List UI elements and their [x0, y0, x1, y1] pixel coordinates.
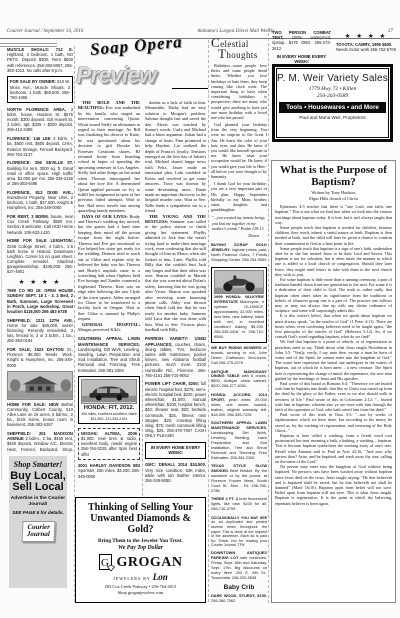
article-paragraph: No person may enter into the kingdom of …: [275, 464, 392, 506]
shop-local-title: Shop Smarter!: [9, 461, 67, 469]
weir-address: 1779 Hwy 72 • Killen: [277, 86, 388, 92]
shop-local-sub: Advertise in the Courier Journal!: [9, 496, 67, 508]
article-paragraph: We find that baptism is a point of rebir…: [275, 339, 392, 381]
article-byline: Written by Tony Hudson, Elgin Hills chur…: [275, 190, 392, 201]
grogan-jewelers-ad: Thinking of Selling Your Unwanted Diamon…: [75, 497, 206, 603]
classified-ad-leighton: HOME FOR SALE LEIGHTON: 2245 College Str…: [7, 238, 73, 274]
ad-gmc-denali: GMC: DENALI, 2014 $34,500. Very nice con…: [145, 462, 206, 483]
soap-days-of-our-lives: DAYS OF OUR LIVES: Brady and Theresa's w…: [78, 214, 140, 322]
ad-harley-davidson: 2001 HARLEY DAVIDSON 883 Sportster, 25K …: [78, 463, 140, 479]
shop-local-headline: Buy Local, Sell Local: [9, 471, 67, 493]
ad-riding-mowers: WE BUY RIDING MOWERS all brands, running…: [211, 346, 267, 366]
article-paragraph: Baptism is here called a washing, from a…: [275, 433, 392, 464]
ad-baby-crib-title: Baby Crib: [211, 584, 267, 592]
ad-nissan-altima: NISSAN: ALTIMA, 2006 $1,000. new tires &…: [78, 428, 140, 460]
classified-ad-florence-dixie: FLORENCE, 813 DIXIE AVE., Investment Pro…: [7, 190, 73, 211]
classified-ad-new-bethel: HOME FOR SALE: NEW Bethel Community, Col…: [7, 371, 73, 427]
stars-decoration: ★ ★ ★ ★: [336, 32, 396, 40]
weir-phone: 256-263-0589: [277, 93, 388, 99]
courier-journal-logo: Courier Journal: [21, 521, 55, 542]
car-photo: [81, 379, 137, 403]
celestial-thoughts-logo: Celestial Thoughts: [211, 36, 267, 60]
article-paragraph: It is this writer's belief, that when we…: [275, 313, 392, 339]
celestial-paragraph: I thank God for your birthday; you are a…: [211, 181, 267, 212]
ad-buying-scrap-gold: BUYING SCRAP GOLD JEWELRY. highest price…: [211, 243, 267, 263]
grogan-byline: JEWELERS BY: [113, 576, 151, 581]
ad-antique-table: ANTIQUE MAHOGANY DINING TABLE with 6 cha…: [211, 370, 267, 390]
column-separator: [142, 350, 143, 496]
weir-title: P. M. Weir Variety Sales: [277, 73, 388, 84]
soap-opera-wordmark: Soap Opera: [89, 32, 183, 60]
in-every-home-banner: IN EVERY HOME EVERY WEEK!: [145, 442, 206, 459]
article-paragraph: Ephesians 4:5 teaches that there is "one…: [275, 204, 392, 225]
celestial-paragraph: God planned your birthday from the very …: [211, 122, 267, 179]
ad-toyota-camry: ★ ★ ★ ★ TOYOTA: CAMRY, 1995 $600. Needs …: [336, 30, 396, 56]
classified-ad-muscle-shoals: MUSCLE SHOALS: 712 E. Highland, 3 bedroo…: [7, 47, 73, 73]
soap-young-restless: THE YOUNG AND THE RESTLESS: Summer was c…: [145, 214, 206, 333]
newspaper-page: Courier Journal / September 14, 2016 Ala…: [0, 0, 400, 618]
pm-weir-variety-sales-ad: P. M. Weir Variety Sales 1779 Hwy 72 • K…: [272, 64, 393, 142]
soap-column-1: THE BOLD AND THE BEAUTIFUL: Eric was amb…: [78, 100, 140, 495]
article-paragraph: Some people teach that baptism is needed…: [275, 225, 392, 246]
shop-local-note: SEE PAGE 6 for details.: [9, 510, 67, 516]
soap-general-hospital-start: GENERAL HOSPITAL: Morgan perceived Kiki'…: [78, 322, 140, 333]
soap-bold-beautiful: THE BOLD AND THE BEAUTIFUL: Eric was amb…: [78, 100, 140, 214]
classified-ad-florence-seville: FLORENCE: 256 SEVILLE ST. Building for r…: [7, 160, 73, 186]
notice-duplicated-ads: OCCASIONALLY YOU MAY SEE an ad duplicate…: [211, 516, 267, 548]
classifieds-column-1: MUSCLE SHOALS: 712 E. Highland, 3 bedroo…: [7, 47, 73, 453]
ad-southern-appeal-2: SOUTHERN APPEAL LAWN MAINTENANCE SERVICE…: [211, 421, 267, 461]
article-paragraph: Some people teach that baptism is a sign…: [275, 246, 392, 277]
stars-decoration: ★ ★ ★ ★: [7, 278, 73, 286]
grogan-monogram-icon: G: [99, 554, 115, 572]
weir-proprietors: Paul and Mona Weir, Proprietors: [277, 115, 388, 120]
classified-ad-sheffield-madison: SHEFFIELD: 201 MADISON AVENUE 2 bdrm., 2…: [7, 431, 73, 453]
ad-power-lift-chair: POWER LIFT CHAIR, $250; full electric ho…: [145, 381, 206, 438]
in-every-home-banner-2: IN EVERY HOME EVERY WEEK!: [272, 54, 331, 64]
baptism-article: What is the Purpose of Baptism? Written …: [271, 160, 396, 603]
grogan-lon-script: Lon: [153, 572, 168, 582]
ad-parrish-variety: PARRISH VARIETY: USED APPLIANCES, couche…: [145, 336, 206, 378]
weir-product-banner: Tools • Housewares • and More: [279, 102, 386, 113]
classified-ad-dayton-st: FOR SALE, 1523 DAYTON St., Florence $8,3…: [7, 347, 73, 368]
column-separator: [268, 28, 269, 603]
classified-ad-for-sale-by-owner: FOR SALE BY OWNER: 510 W. Moss Ave., Mus…: [7, 76, 73, 103]
shop-local-house-ad: Shop Smarter! Buy Local, Sell Local Adve…: [9, 456, 67, 588]
house-photo: [7, 371, 73, 400]
masthead-tagline: Alabama's Largest Direct Mail Weekly: [197, 29, 274, 34]
ad-baby-crib: Baby Crib DARK WOOD, STURDY, $150. 256-3…: [211, 584, 267, 603]
classified-ad-open-house: 7690 CO RD 16: OPEN HOUSE SUNDAY SEPT. 1…: [7, 288, 73, 314]
celestial-thoughts-column: Celestial Thoughts Birthdays...some peop…: [211, 36, 267, 604]
logo-rule: [172, 88, 208, 89]
ad-fluorescent-lights: THREE 4 FT. 2 bulb fluorescent lights, l…: [211, 497, 267, 512]
grogan-website: Shop groganjewelers.com: [76, 590, 205, 595]
soap-column-2: doubts as a lack of faith in him. Meanwh…: [145, 100, 206, 497]
column-separator: [208, 40, 209, 602]
article-title: What is the Purpose of Baptism?: [275, 165, 392, 188]
celestial-paragraph: Birthdays...some people love theirs and …: [211, 63, 267, 120]
classified-ad-north-florence: NORTH FLORENCE AREA, 3 bdrm. house, Hous…: [7, 107, 73, 133]
ad-honda-valkyrie: 1999 HONDA: VALKYRIE INTERSTATE Motorcyc…: [211, 267, 267, 343]
classified-ad-for-rent-3bdrm: FOR RENT, 3 BDRM. house, near Cox Creek …: [7, 214, 73, 235]
celestial-scripture-quote: "...you created my inmost being; you kni…: [212, 215, 266, 231]
preview-wordmark: Preview: [76, 62, 156, 89]
ad-honda-fit: HONDA: FIT, 2012. 40k miles, excellent c…: [78, 376, 140, 424]
soap-general-hospital-cont: doubts as a lack of faith in him. Meanwh…: [145, 100, 206, 214]
ad-honda-accord: HONDA: ACCORD, 2014 SPORT, pearl white, …: [211, 393, 267, 418]
classified-ad-sheffield-12th: SHEFFIELD: 1211 12TH AVE. Home for sale.…: [7, 318, 73, 344]
article-paragraph: Paul wrote of this burial in Romans 6:4:…: [275, 381, 392, 412]
ad-southern-appeal: SOUTHERN APPEAL LAWN MAINTENANCE SERVICE…: [78, 336, 140, 372]
article-paragraph: For some baptism is little more than a n…: [275, 277, 392, 313]
masthead-date: Courier Journal / September 14, 2016: [7, 29, 83, 34]
grogan-logo: G GROGAN: [76, 554, 205, 572]
soap-opera-preview-logo: Preview Soap Opera: [74, 36, 208, 98]
ad-honda-fit-title: HONDA: FIT, 2012.: [81, 405, 137, 412]
grogan-address: 283 Cox Creek Parkway • 256-764-4013: [76, 584, 205, 589]
classified-ad-florence-lee: FLORENCE: 146 LEE 3 bdrm, 1 ba. $600 ren…: [7, 136, 73, 157]
ad-combat-tent: TWO PERSON COMBAT TENT, 100% waterproof,…: [272, 30, 331, 64]
grogan-tagline: We Pay Top Dollar: [76, 545, 205, 551]
motorcycle-photo: [214, 270, 264, 294]
celestial-signature: Dawn: [211, 233, 267, 238]
page-edge-line: [1, 110, 2, 480]
grogan-name: GROGAN: [117, 557, 183, 570]
ad-texas-brisket: TEXAS STYLE SLOW SMOKED Beef Brisket. By…: [211, 464, 267, 494]
article-paragraph: Paul wrote of this truth in Titus 3:5: "…: [275, 412, 392, 433]
ad-downtown-antiques: DOWNTOWN ANTIQUES PARKING LOT sale conti…: [211, 551, 267, 581]
grogan-subline: Bring Them to the Jeweler You Trust.: [76, 538, 205, 544]
grogan-headline: Thinking of Selling Your Unwanted Diamon…: [76, 503, 205, 535]
